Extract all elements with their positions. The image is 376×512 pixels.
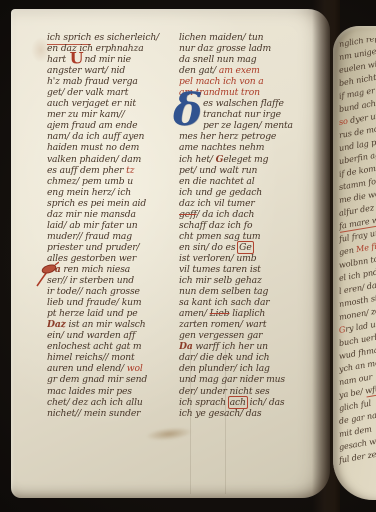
text-line: angster wart/ nid xyxy=(47,65,176,76)
text-line: ame nachtes nehm xyxy=(179,142,323,153)
text-line: den plunder/ ich lag xyxy=(179,363,323,374)
page-crease xyxy=(225,349,226,494)
text-line: Da ren mich niesa xyxy=(47,264,176,275)
text-line: daz mir nie mansda xyxy=(47,209,176,220)
manuscript-left-page: ich sprich es sicherleich/en daz ich erp… xyxy=(11,9,330,498)
text-line: get/ der valk mart xyxy=(47,87,176,98)
text-line: en die nachtet al xyxy=(179,176,323,187)
text-line: laid/ ab mir fater un xyxy=(47,220,176,231)
text-line: nam/ da ich auff ayen xyxy=(47,131,176,142)
text-line: ich und ge gedach xyxy=(179,187,323,198)
text-line: pet/ und walt run xyxy=(179,165,323,176)
text-line: priester und pruder/ xyxy=(47,242,176,253)
margin-flourish-icon xyxy=(33,259,59,289)
text-line: haiden must no dem xyxy=(47,142,176,153)
text-line: gr dem gnad mir send xyxy=(47,374,176,385)
text-line: hart Und mir nie xyxy=(47,54,176,65)
text-line: auren und elend/ wol xyxy=(47,363,176,374)
text-line: alles gestorben wer xyxy=(47,253,176,264)
text-line: daz ich vil tumer xyxy=(179,198,323,209)
text-line: chmez/ pem umb u xyxy=(47,176,176,187)
text-line: schaff daz ich fo xyxy=(179,220,323,231)
text-line: en daz ich erphnahza xyxy=(47,43,176,54)
text-line: Daz ist an mir walsch xyxy=(47,319,176,330)
text-line: da snell nun mag xyxy=(179,54,323,65)
text-line: lieb und fraude/ kum xyxy=(47,297,176,308)
manuscript-facing-page: nglich repnm unigereuelen wilbeh nicht u… xyxy=(333,26,376,500)
text-line: himel reichs// mont xyxy=(47,352,176,363)
text-line: ich sprich es sicherleich/ xyxy=(47,32,176,43)
text-line: nun dem selben tag xyxy=(179,286,323,297)
text-line: den gat/ am exem xyxy=(179,65,323,76)
text-line: der/ under nicht ses xyxy=(179,386,323,397)
text-line: ein/ und warden aff xyxy=(47,330,176,341)
text-line: ich het/ Geleget mg xyxy=(179,154,323,165)
text-line: en sin/ do es Ge xyxy=(179,242,323,253)
text-line: ser// ir sterben und xyxy=(47,275,176,286)
text-line: mer zu mir kam// xyxy=(47,109,176,120)
text-line: dar/ die dek und ich xyxy=(179,352,323,363)
text-line: und mag gar nider mus xyxy=(179,374,323,385)
illuminated-initial-d: δ xyxy=(173,91,202,131)
text-line: ich mir selb gehaz xyxy=(179,275,323,286)
smudge-stain xyxy=(145,426,192,443)
text-line: Da warff ich her un xyxy=(179,341,323,352)
text-line: enlochest acht gat m xyxy=(47,341,176,352)
text-line: geff/ da ich dach xyxy=(179,209,323,220)
text-line: auch verjaget er nit xyxy=(47,98,176,109)
text-line: ich ye gesach/ das xyxy=(179,408,323,419)
photo-background: ich sprich es sicherleich/en daz ich erp… xyxy=(0,0,376,512)
text-line: mac laides mir pes xyxy=(47,386,176,397)
text-line: pt herze laid und pe xyxy=(47,308,176,319)
page-crease xyxy=(190,349,191,494)
facing-text-column: nglich repnm unigereuelen wilbeh nicht u… xyxy=(339,38,376,490)
text-line: ajem fraud am ende xyxy=(47,120,176,131)
text-line: nur daz grosse ladm xyxy=(179,43,323,54)
text-line: chet/ dez ach ich allu xyxy=(47,397,176,408)
text-line: cht pmen sag tum xyxy=(179,231,323,242)
text-column-1: ich sprich es sicherleich/en daz ich erp… xyxy=(47,32,176,424)
text-line: es auff dem pher tz xyxy=(47,165,176,176)
text-line: ist verloren/ umb xyxy=(179,253,323,264)
text-line: sprich es pei mein aid xyxy=(47,198,176,209)
text-line: h'z mab fraud verga xyxy=(47,76,176,87)
text-line: gen vergessen gar xyxy=(179,330,323,341)
text-line: eng mein herz/ ich xyxy=(47,187,176,198)
text-line: zarten romen/ wart xyxy=(179,319,323,330)
text-line: muder// fraud mag xyxy=(47,231,176,242)
text-line: vil tumes taren ist xyxy=(179,264,323,275)
text-line: ich sprach ach ich/ das xyxy=(179,397,323,408)
text-line: amen/ Lieb liaplich xyxy=(179,308,323,319)
text-line: sa kant ich sach dar xyxy=(179,297,323,308)
text-line: valken phaiden/ dam xyxy=(47,154,176,165)
text-line: lichen maiden/ tun xyxy=(179,32,323,43)
text-line: ir tode// nach grosse xyxy=(47,286,176,297)
text-line: nichet// mein sunder xyxy=(47,408,176,419)
